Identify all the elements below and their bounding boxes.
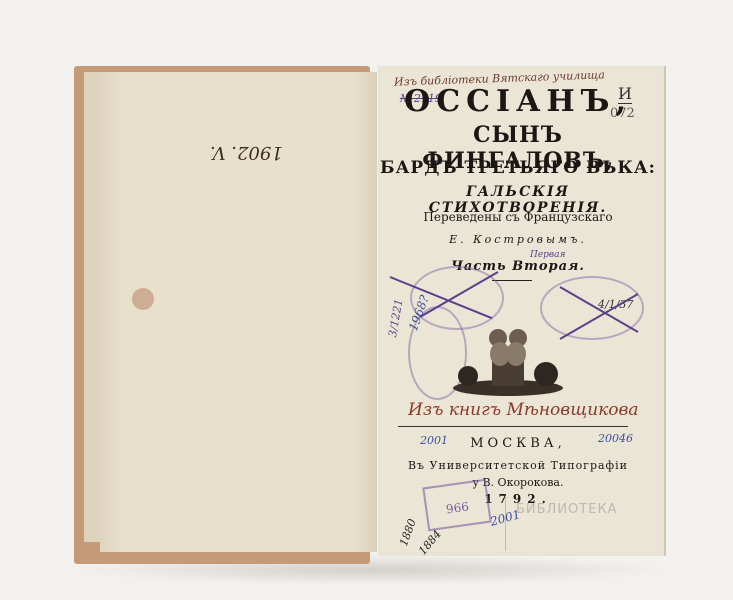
- title-page: Изъ библіотеки Вятскаго училища № 2119 И…: [380, 66, 656, 552]
- paper-stain: [132, 288, 154, 310]
- book-title: ОССІАНЪ,: [380, 84, 656, 119]
- translated-line: Переведены съ Французскаго: [380, 210, 656, 224]
- left-page-inscription: 1902. V.: [210, 142, 283, 163]
- book-owner-inscription: Изъ книгъ Мѣновщикова: [408, 400, 639, 420]
- margin-number-4: 1880: [397, 517, 419, 548]
- faded-library-stamp: БИБЛИОТЕКА: [505, 496, 626, 551]
- part-line: Часть Вторая.: [380, 259, 656, 274]
- rect-stamp-number: 966: [427, 497, 488, 519]
- part-correction: Первая: [530, 250, 566, 260]
- title-rule: [492, 280, 532, 281]
- divider-rule: [398, 426, 628, 427]
- press-line: Въ Университетской Типографіи: [380, 459, 656, 472]
- cherubs-engraving: [448, 316, 568, 396]
- stamp-number-1: 3/1221: [386, 298, 406, 338]
- city-line: МОСКВА,: [380, 436, 656, 451]
- translator-line: Е. Костровымъ.: [380, 233, 656, 246]
- rect-stamp: 966: [422, 479, 492, 531]
- bard-line: БАРДЪ ТРЕТЬЯГО ВѢКА:: [380, 158, 656, 178]
